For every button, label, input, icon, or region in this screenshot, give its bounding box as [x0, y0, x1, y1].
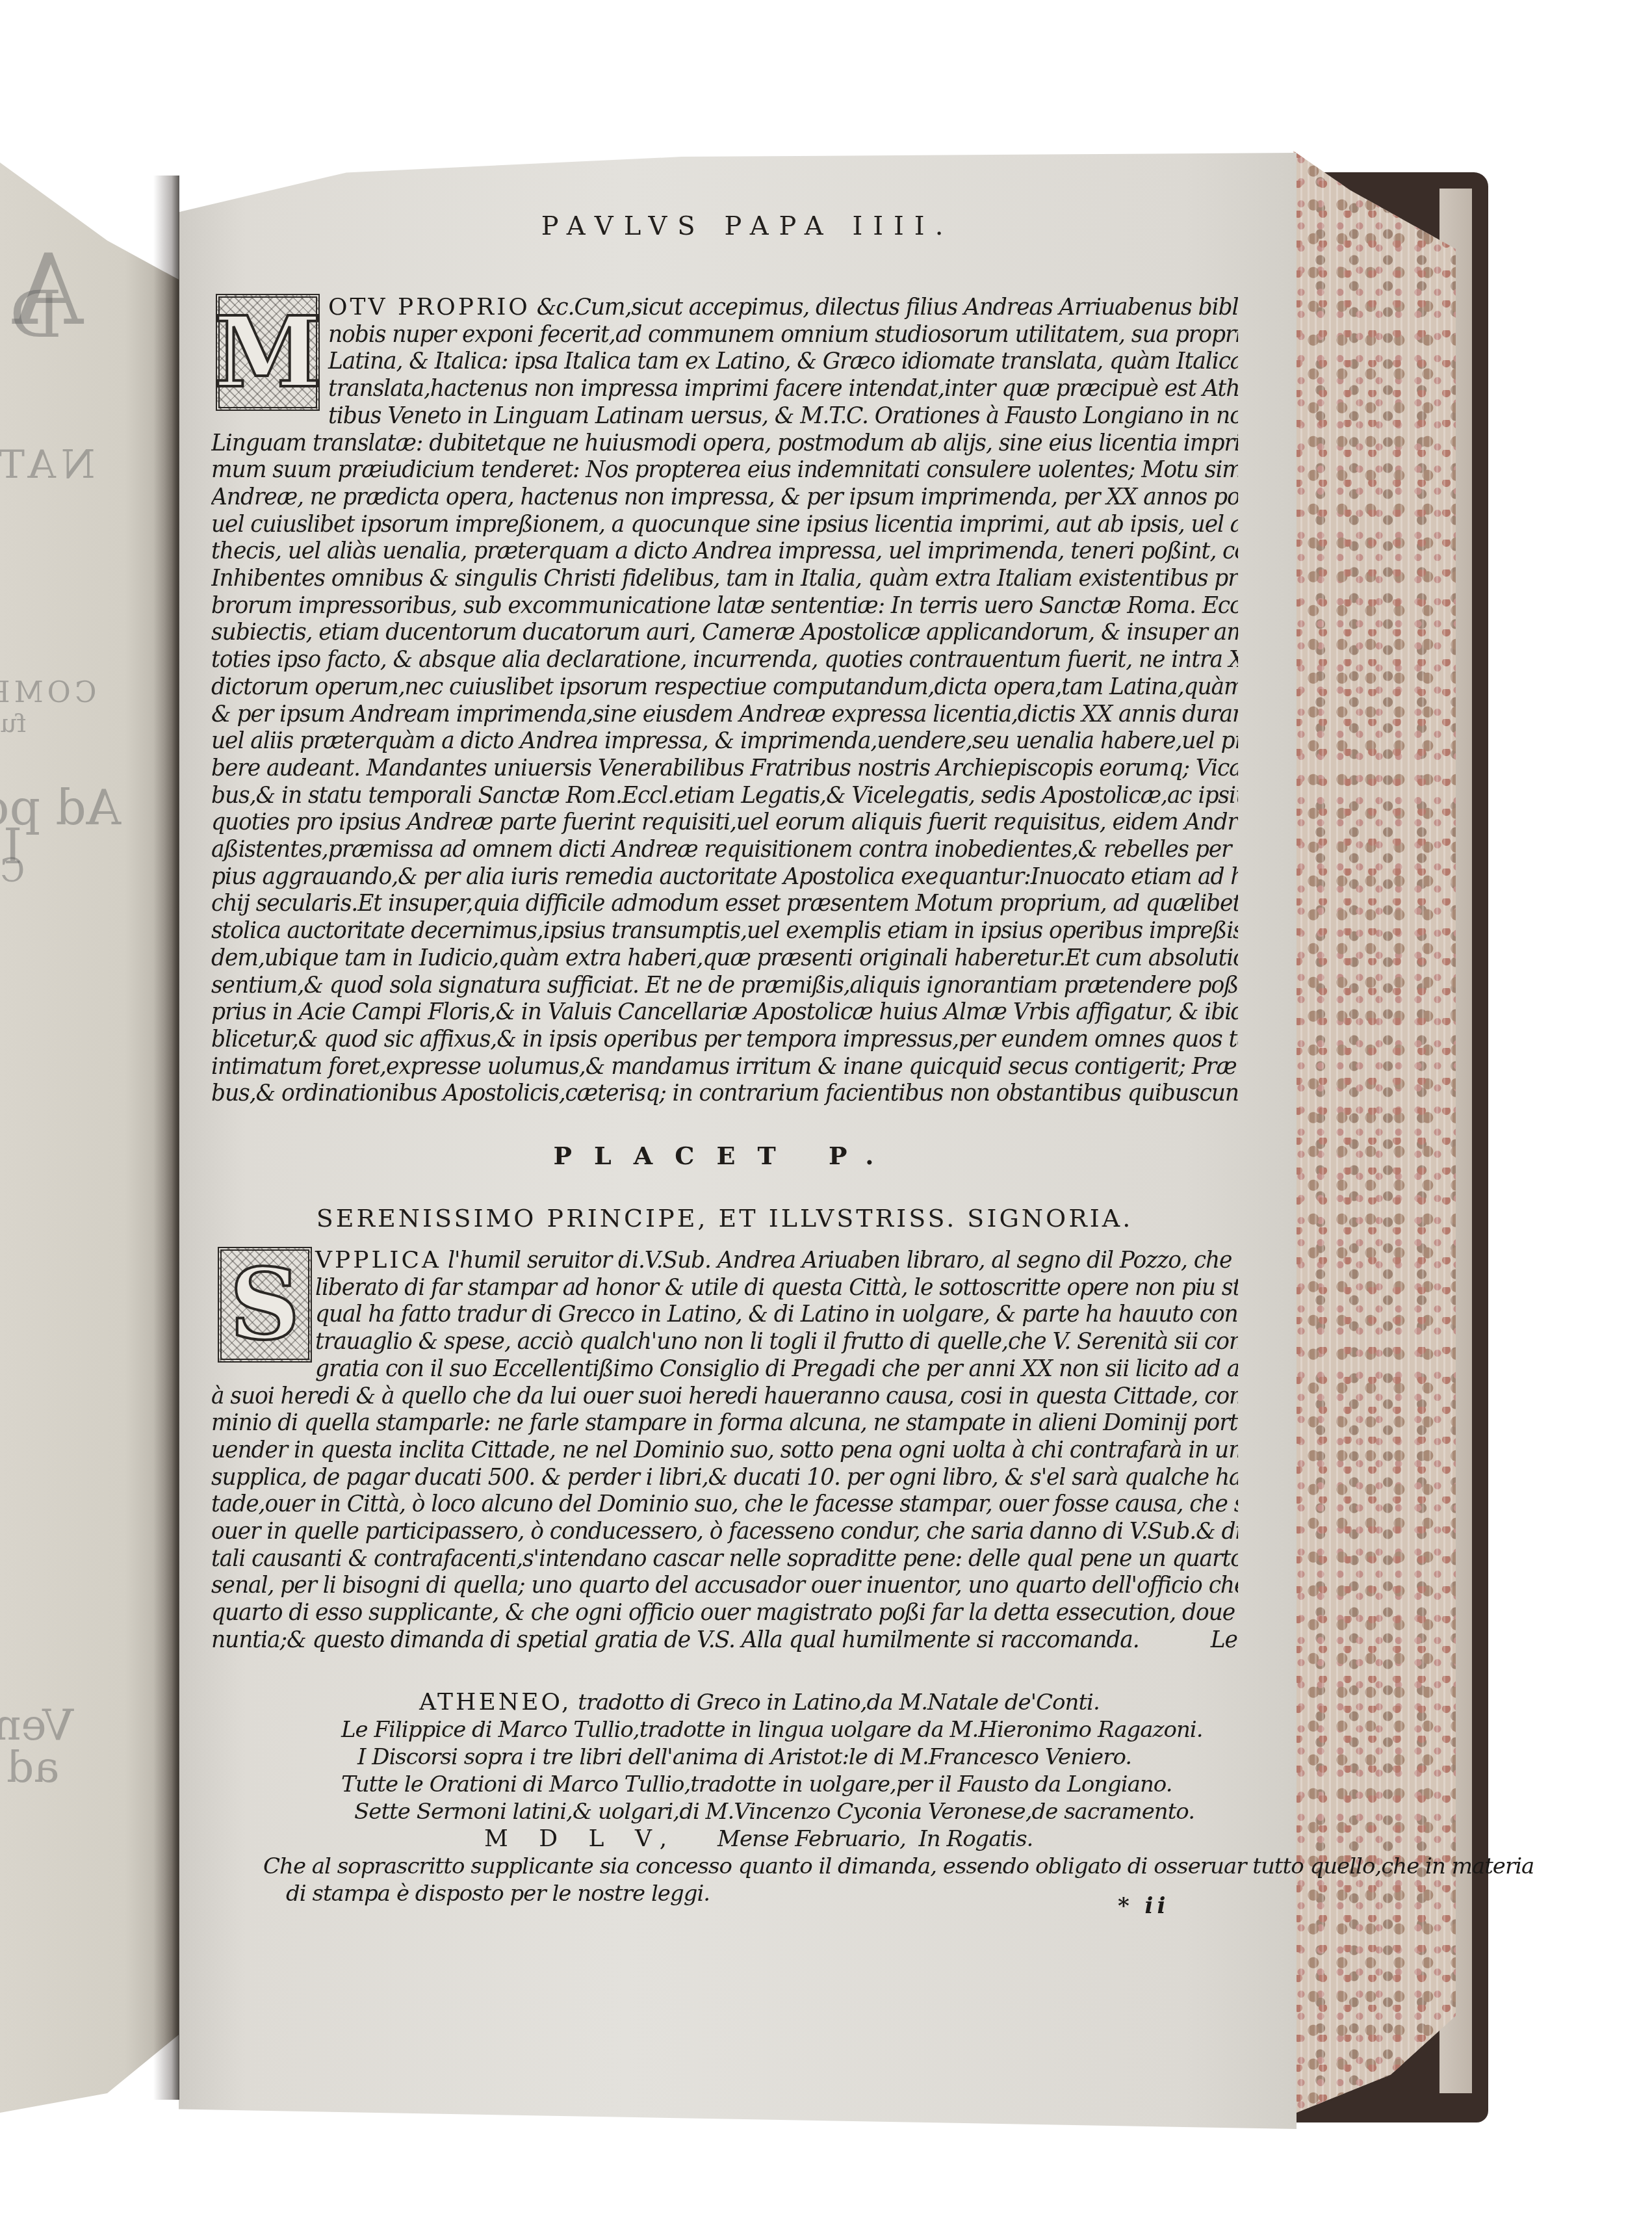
- lead-words: OTV PROPRIO: [328, 294, 530, 320]
- text-line: Linguam translatæ: dubitetque ne huiusmo…: [211, 430, 1238, 458]
- text-line: nobis nuper exponi fecerit,ad communem o…: [211, 322, 1238, 349]
- text-line: blicetur,& quod sic affixus,& in ipsis o…: [211, 1026, 1238, 1054]
- decree-line: Che al soprascritto supplicante sia conc…: [211, 1853, 1238, 1880]
- placet-heading: PLACET P.: [211, 1141, 1238, 1170]
- text-line: tali causanti & contrafacenti,s'intendan…: [211, 1546, 1238, 1573]
- text-line: quarto di esso supplicante, & che ogni o…: [211, 1600, 1238, 1627]
- text-line: ouer in quelle participassero, ò conduce…: [211, 1519, 1238, 1546]
- ghost-text-ad: ad: [6, 1742, 60, 1792]
- running-head: PAVLVS PAPA IIII.: [455, 211, 1040, 241]
- decree-line: di stampa è disposto per le nostre leggi…: [211, 1880, 1238, 1907]
- text-line: bere audeant. Mandantes uniuersis Venera…: [211, 755, 1238, 783]
- signature-mark: * ii: [1118, 1893, 1169, 1919]
- ghost-initial-d: D: [10, 276, 62, 352]
- text-line: senal, per li bisogni di quella; uno qua…: [211, 1573, 1238, 1600]
- text-line: minio di quella stamparle: ne farle stam…: [211, 1410, 1238, 1437]
- text-line: tade,ouer in Città, ò loco alcuno del Do…: [211, 1491, 1238, 1519]
- address-heading: SERENISSIMO PRINCIPE, ET ILLVSTRISS. SIG…: [211, 1204, 1238, 1233]
- text-line: bus,& ordinationibus Apostolicis,cæteris…: [211, 1080, 1238, 1108]
- work-item: Sette Sermoni latini,& uolgari,di M.Vinc…: [211, 1798, 1238, 1825]
- ghost-text-comp: COMP: [0, 676, 96, 709]
- motu-proprio-text: OTV PROPRIO &c.Cum,sicut accepimus, dile…: [211, 294, 1238, 1108]
- ghost-text-nat: NAT: [0, 442, 96, 488]
- text-line: Latina, & Italica: ipsa Italica tam ex L…: [211, 348, 1238, 376]
- ghost-text-fu: fu: [0, 709, 27, 738]
- closing-phrase: Le opere sono queste,: [1211, 1627, 1238, 1653]
- text-line: Andreæ, ne prædicta opera, hactenus non …: [211, 484, 1238, 512]
- text-line: translata,hactenus non impressa imprimi …: [211, 376, 1238, 403]
- text-line: uel cuiuslibet ipsorum impreßionem, a qu…: [211, 512, 1238, 539]
- text-line: VPPLICA l'humil seruitor di.V.Sub. Andre…: [211, 1247, 1238, 1275]
- text-line: trauaglio & spese, acciò qualch'uno non …: [211, 1329, 1238, 1356]
- text-line: Inhibentes omnibus & singulis Christi fi…: [211, 566, 1238, 593]
- work-item: ATHENEO, tradotto di Greco in Latino,da …: [211, 1689, 1238, 1716]
- gutter-shadow: [153, 176, 179, 2100]
- date-year: M D L V,: [484, 1825, 678, 1852]
- date-month: Mense Februario,: [717, 1826, 906, 1852]
- text-line: mum suum præiudicium tenderet: Nos propt…: [211, 457, 1238, 484]
- text-line: thecis, uel aliàs uenalia, præterquam a …: [211, 538, 1238, 566]
- left-page: A D NAT COMP fu Ad po I C Ven ad: [0, 163, 179, 2113]
- work-item: I Discorsi sopra i tre libri dell'anima …: [211, 1743, 1238, 1771]
- text-line: dem,ubique tam in Iudicio,quàm extra hab…: [211, 945, 1238, 973]
- text-line: nuntia;& questo dimanda di spetial grati…: [211, 1627, 1238, 1654]
- text-line: toties ipso facto, & absque alia declara…: [211, 647, 1238, 674]
- text-line: subiectis, etiam ducentorum ducatorum au…: [211, 620, 1238, 647]
- text-line: qual ha fatto tradur di Grecco in Latino…: [211, 1301, 1238, 1329]
- text-line: intimatum foret,expresse uolumus,& manda…: [211, 1054, 1238, 1081]
- text-line: OTV PROPRIO &c.Cum,sicut accepimus, dile…: [211, 294, 1238, 322]
- work-text: tradotto di Greco in Latino,da M.Natale …: [578, 1690, 1100, 1716]
- works-list: ATHENEO, tradotto di Greco in Latino,da …: [211, 1689, 1238, 1907]
- text-line: quoties pro ipsius Andreæ parte fuerint …: [211, 809, 1238, 837]
- text-line: liberato di far stampar ad honor & utile…: [211, 1275, 1238, 1302]
- supplica-text: VPPLICA l'humil seruitor di.V.Sub. Andre…: [211, 1247, 1238, 1654]
- date-line: M D L V,Mense Februario, In Rogatis.: [211, 1825, 1238, 1853]
- text-line: sentium,& quod sola signatura sufficiat.…: [211, 973, 1238, 1000]
- work-item: Le Filippice di Marco Tullio,tradotte in…: [211, 1716, 1238, 1743]
- work-item: Tutte le Orationi di Marco Tullio,tradot…: [211, 1771, 1238, 1798]
- text-line: stolica auctoritate decernimus,ipsius tr…: [211, 918, 1238, 945]
- sprinkled-fore-edge: [1293, 151, 1456, 2114]
- line-text: nuntia;& questo dimanda di spetial grati…: [211, 1627, 1139, 1653]
- text-line: gratia con il suo Eccellentißimo Consigl…: [211, 1356, 1238, 1383]
- text-line: dictorum operum,nec cuiuslibet ipsorum r…: [211, 674, 1238, 701]
- text-line: à suoi heredi & à quello che da lui ouer…: [211, 1383, 1238, 1411]
- text-line: pius aggrauando,& per alia iuris remedia…: [211, 864, 1238, 891]
- line-text: &c.Cum,sicut accepimus, dilectus filius …: [537, 294, 1238, 320]
- text-line: uel aliis præterquàm a dicto Andrea impr…: [211, 728, 1238, 755]
- text-line: supplica, de pagar ducati 500. & perder …: [211, 1465, 1238, 1492]
- text-line: chij secularis.Et insuper,quia difficile…: [211, 891, 1238, 918]
- text-line: aßistentes,præmissa ad omnem dicti Andre…: [211, 837, 1238, 864]
- line-text: l'humil seruitor di.V.Sub. Andrea Ariuab…: [448, 1247, 1238, 1273]
- work-lead: ATHENEO,: [419, 1689, 571, 1716]
- text-line: brorum impressoribus, sub excommunicatio…: [211, 593, 1238, 620]
- text-line: prius in Acie Campi Floris,& in Valuis C…: [211, 999, 1238, 1026]
- text-line: & per ipsum Andream imprimenda,sine eius…: [211, 701, 1238, 729]
- date-place: In Rogatis.: [918, 1826, 1033, 1852]
- text-line: bus,& in statu temporali Sanctæ Rom.Eccl…: [211, 783, 1238, 810]
- text-line: uender in questa inclita Cittade, ne nel…: [211, 1437, 1238, 1465]
- ghost-text-c: C: [0, 852, 25, 889]
- text-line: tibus Veneto in Linguam Latinam uersus, …: [211, 403, 1238, 430]
- lead-words: VPPLICA: [315, 1247, 441, 1273]
